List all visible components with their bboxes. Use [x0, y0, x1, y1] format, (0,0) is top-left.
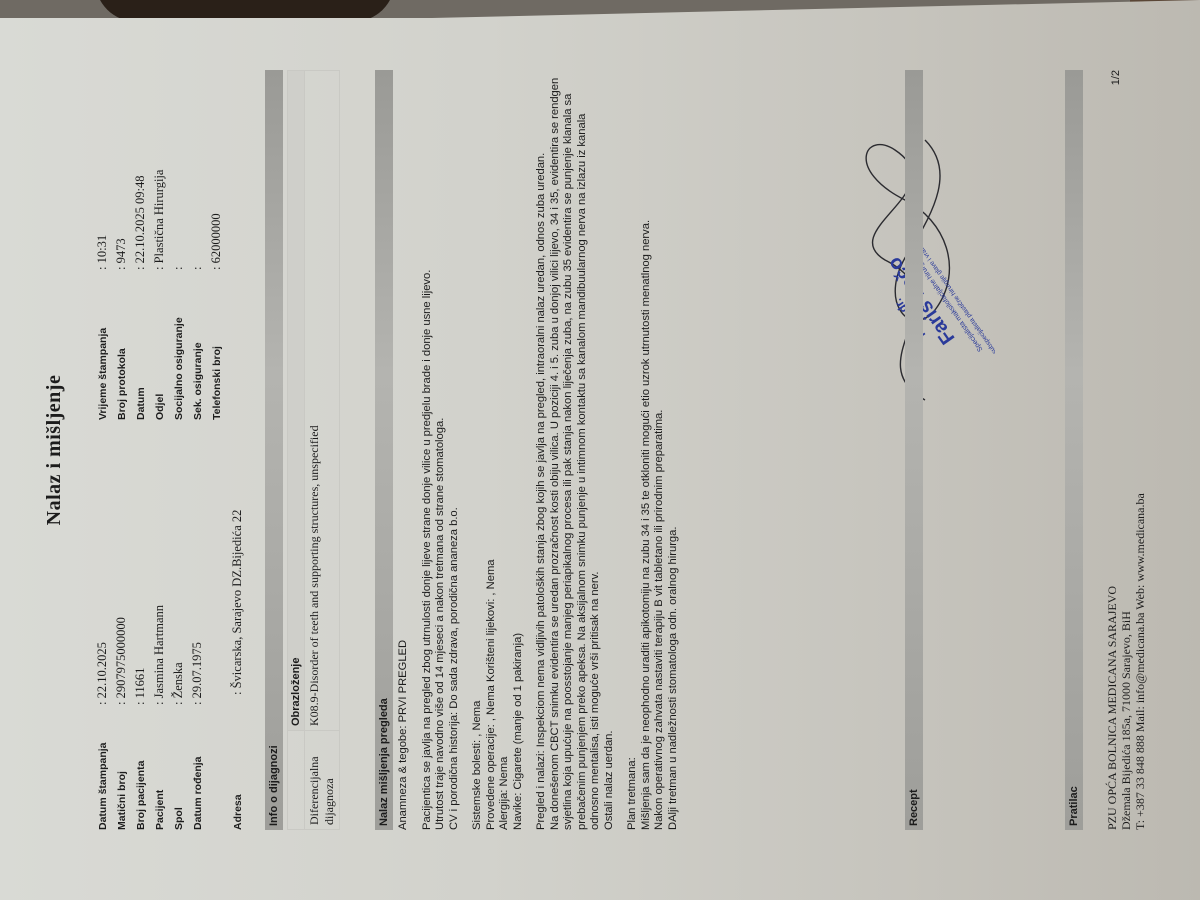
diagnosis-row-value: K08.9-Disorder of teeth and supporting s… [305, 71, 340, 731]
anamnesis-line: CV i porodična historija: Do sada zdrava… [448, 70, 462, 830]
field-birth-date: Datum rođenja29.07.1975 [190, 605, 209, 830]
plan-line: DAlji tretman u nadležnosti stomatologa … [667, 70, 681, 830]
field-social-insurance: Socijalno osiguranje [171, 170, 190, 420]
field-protocol-number: Broj protokola9473 [114, 170, 133, 420]
diagnosis-row-label: Diferencijalna dijagnoza [305, 731, 340, 830]
exam-line: Ostali nalaz uerdan. [603, 70, 617, 830]
history-line: Navike: Cigarete (manje od 1 pakiranja) [512, 70, 526, 830]
plan-line: Nakon operativnog zahvata nastaviti tera… [653, 70, 667, 830]
patient-info-left: Datum štampanja22.10.2025 Matični broj29… [95, 605, 209, 830]
anamnesis-line: Utrutost traje navodno više od 14 mjesec… [434, 70, 448, 830]
field-print-date: Datum štampanja22.10.2025 [95, 605, 114, 830]
field-patient-name: PacijentJasmina Hartmann [152, 605, 171, 830]
field-id-number: Matični broj2907975000000 [114, 605, 133, 830]
field-secondary-insurance: Sek. osiguranje [190, 170, 209, 420]
footer-contacts: T: +387 33 848 888 Mail: info@medicana.b… [1133, 493, 1147, 830]
diagnosis-column-header: Obrazloženje [288, 71, 305, 731]
findings-body: Anamneza & tegobe: PRVI PREGLED Pacijent… [397, 70, 680, 830]
paper-sheet: Nalaz i mišljenje Datum štampanja22.10.2… [0, 0, 1200, 900]
field-department: OdjelPlastična Hirurgija [152, 170, 171, 420]
plan-line: Mišljenja sam da je neophodno uraditi ap… [640, 70, 654, 830]
section-pratilac: Pratilac [1065, 70, 1083, 830]
section-diagnosis: Info o dijagnozi [265, 70, 283, 830]
field-address: Adresa Švicarska, Sarajevo DZ.Bijedića 2… [230, 510, 245, 830]
field-patient-number: Broj pacijenta11661 [133, 605, 152, 830]
document-page: Nalaz i mišljenje Datum štampanja22.10.2… [25, 10, 1175, 890]
plan-heading: Plan tretmana: [626, 70, 640, 830]
hospital-footer: PZU OPĆA BOLNICA MEDICANA SARAJEVO Džema… [1105, 493, 1147, 830]
anamnesis-line: Pacijentica se javlja na pregled zbog ut… [421, 70, 435, 830]
history-line: Alergija: Nema [498, 70, 512, 830]
field-date: Datum22.10.2025 09:48 [133, 170, 152, 420]
history-line: Provedene operacije: , Nema Korišteni li… [485, 70, 499, 830]
section-recept: Recept [905, 70, 923, 830]
footer-address: Džemala Bijedića 185a, 71000 Sarajevo, B… [1119, 493, 1133, 830]
patient-info-right: Vrijeme štampanja10:31 Broj protokola947… [95, 170, 228, 420]
history-line: Sistemske bolesti: , Nema [471, 70, 485, 830]
field-print-time: Vrijeme štampanja10:31 [95, 170, 114, 420]
footer-hospital-name: PZU OPĆA BOLNICA MEDICANA SARAJEVO [1105, 493, 1119, 830]
section-findings: Nalaz mišljenja pregleda [375, 70, 393, 830]
anamnesis-heading: Anamneza & tegobe: PRVI PREGLED [397, 70, 411, 830]
field-sex: SpolŽenska [171, 605, 190, 830]
exam-line: Pregled i nalazi: Inspekciom nema vidlji… [535, 70, 549, 830]
diagnosis-table: Obrazloženje Diferencijalna dijagnoza K0… [287, 70, 340, 830]
document-title: Nalaz i mišljenje [43, 10, 66, 890]
page-number: 1/2 [1110, 70, 1122, 85]
exam-line: Na donešenom CBCT snimku evidentira se u… [549, 70, 603, 830]
field-phone: Telefonski broj62000000 [209, 170, 228, 420]
